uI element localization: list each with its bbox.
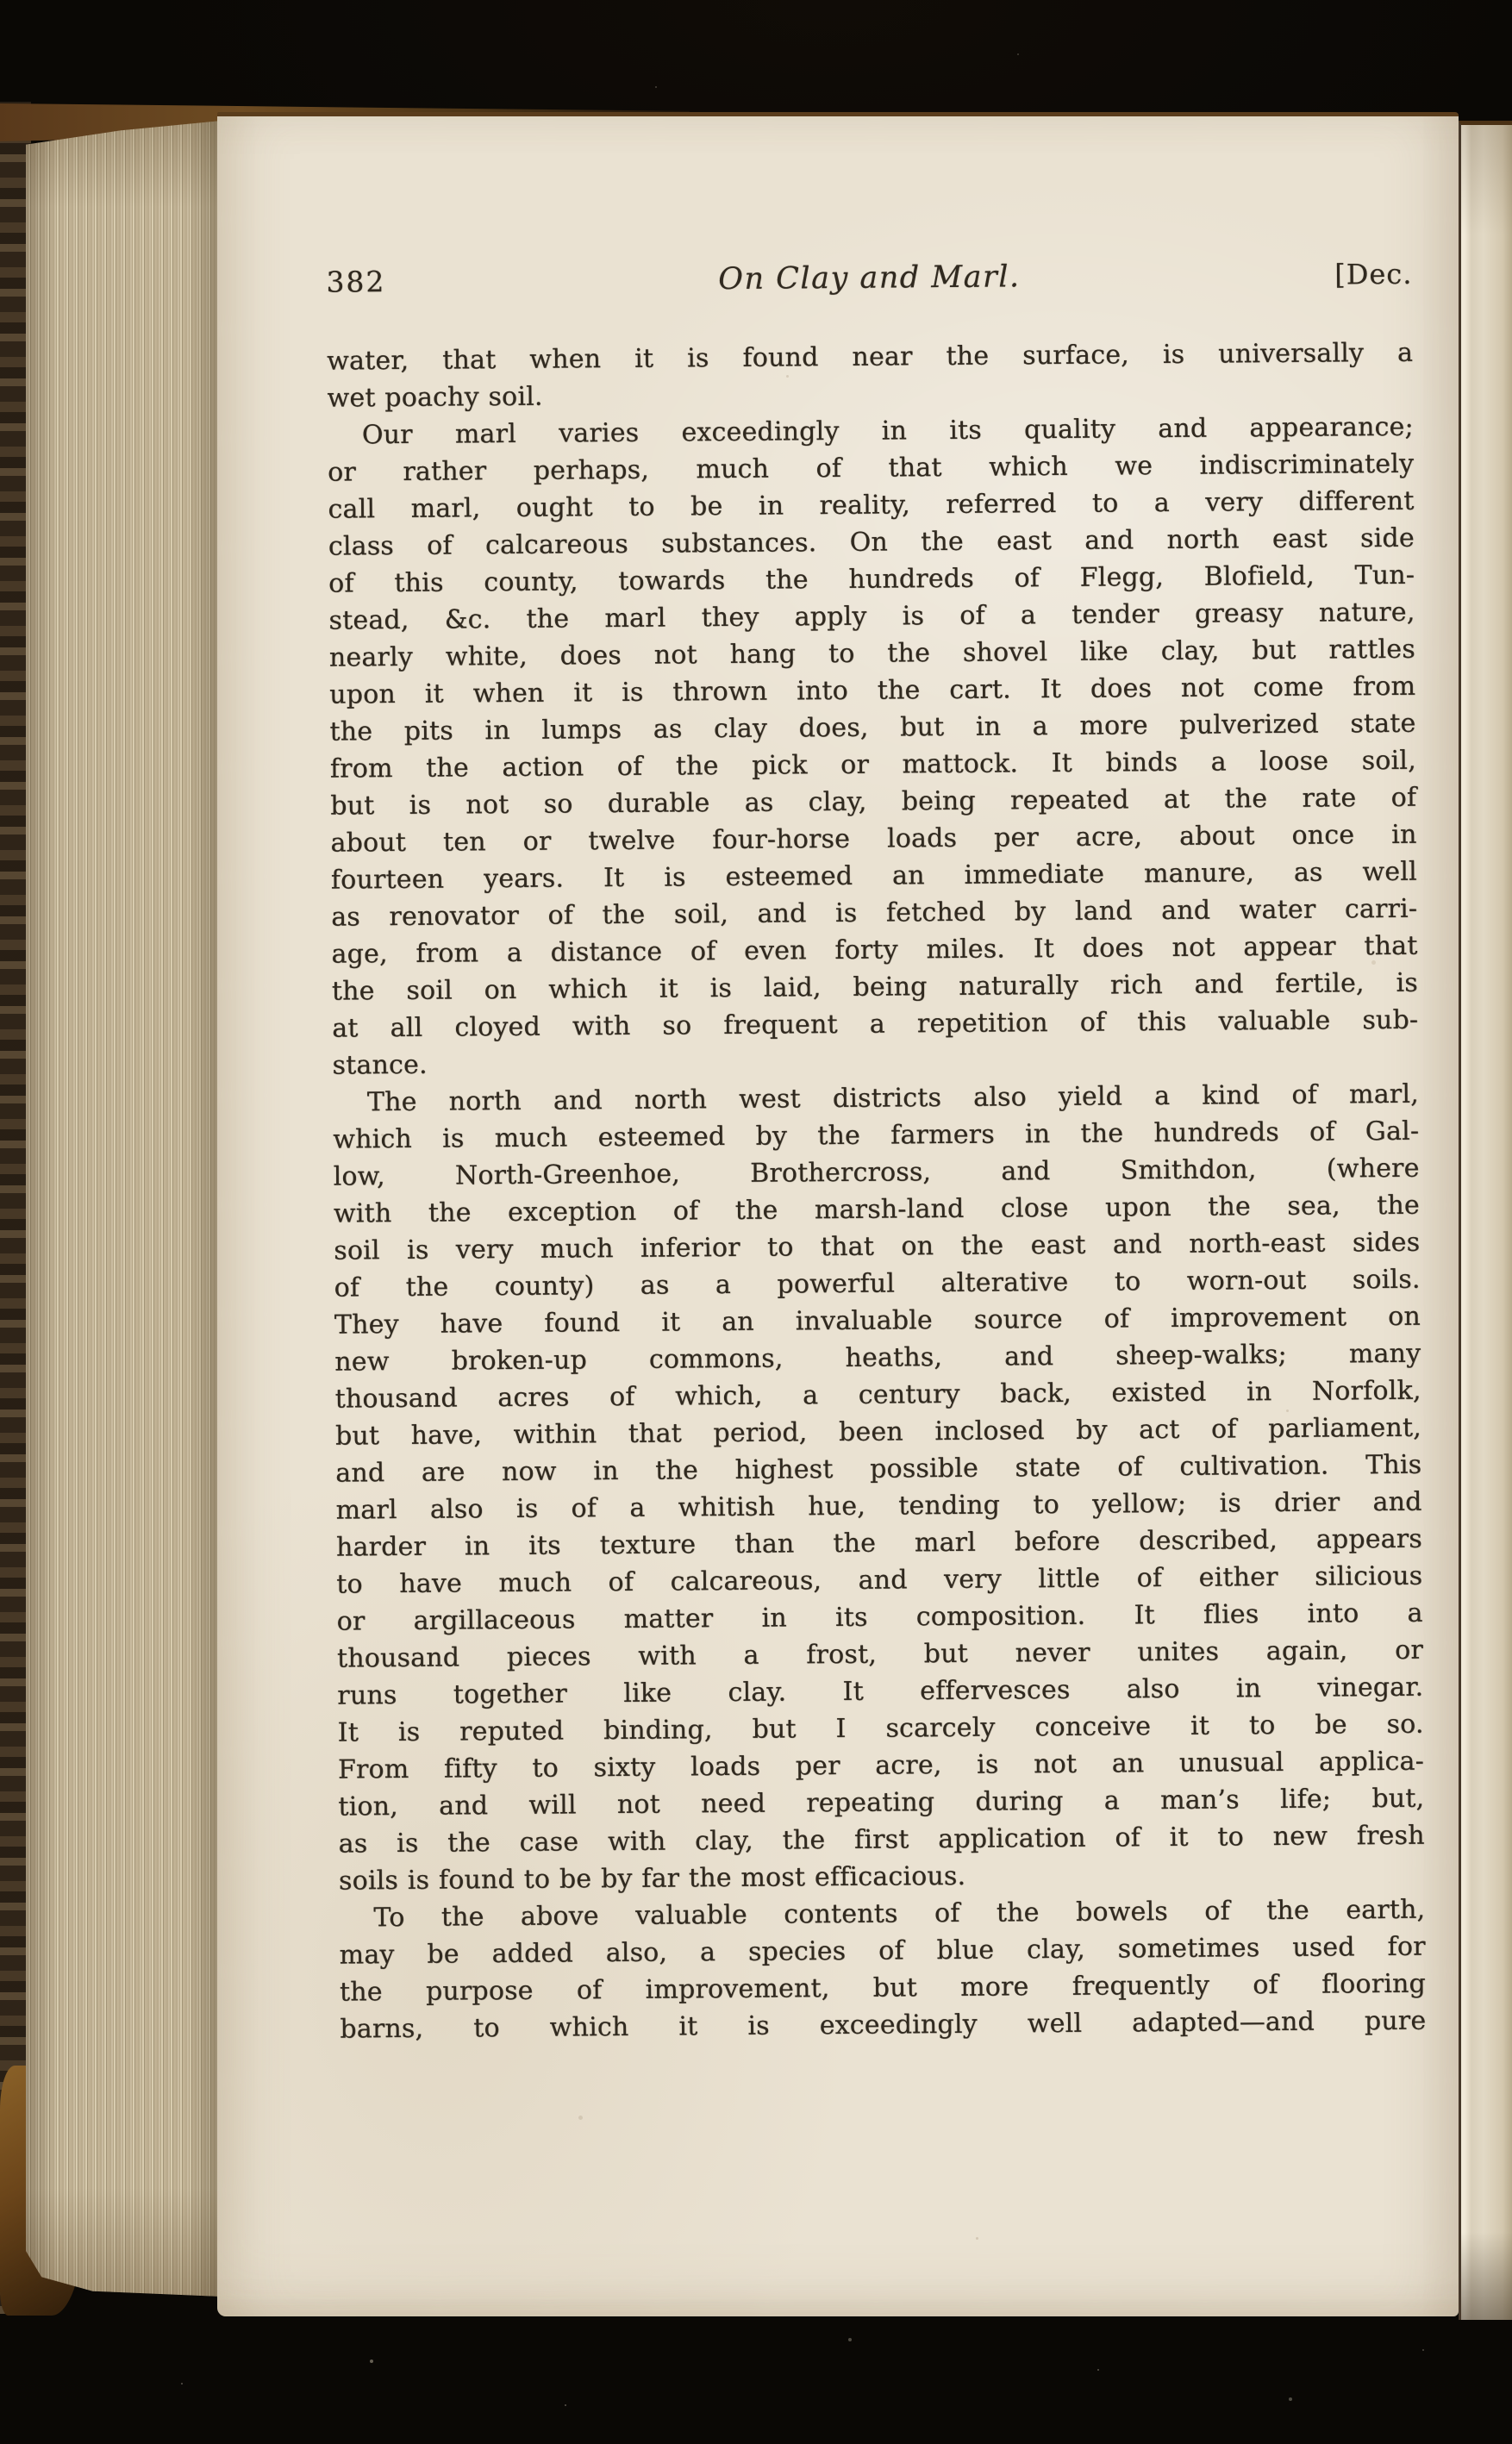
printed-area: 382 On Clay and Marl. [Dec. water, that … [210, 111, 1469, 2321]
book-page: 382 On Clay and Marl. [Dec. water, that … [217, 112, 1459, 2316]
paragraph: The north and north west districts also … [333, 1076, 1425, 1900]
page-fore-edge [26, 121, 222, 2297]
text-line: barns, to which it is exceedingly well a… [340, 2003, 1426, 2048]
paragraph: Our marl varies exceedingly in its quali… [328, 409, 1419, 1084]
running-title: On Clay and Marl. [718, 259, 1021, 297]
paragraph: water, that when it is found near the su… [327, 334, 1414, 417]
text-block: water, that when it is found near the su… [327, 334, 1426, 2048]
paragraph: To the above valuable contents of the bo… [339, 1891, 1426, 2048]
paper-specks [217, 116, 220, 119]
page-number: 382 [326, 265, 385, 299]
date-marker: [Dec. [1334, 258, 1412, 291]
running-head: 382 On Clay and Marl. [Dec. [326, 257, 1412, 300]
dust-specks [0, 0, 2, 2]
adjacent-page-edge [1459, 121, 1512, 2320]
book-photo: 382 On Clay and Marl. [Dec. water, that … [0, 0, 1512, 2444]
